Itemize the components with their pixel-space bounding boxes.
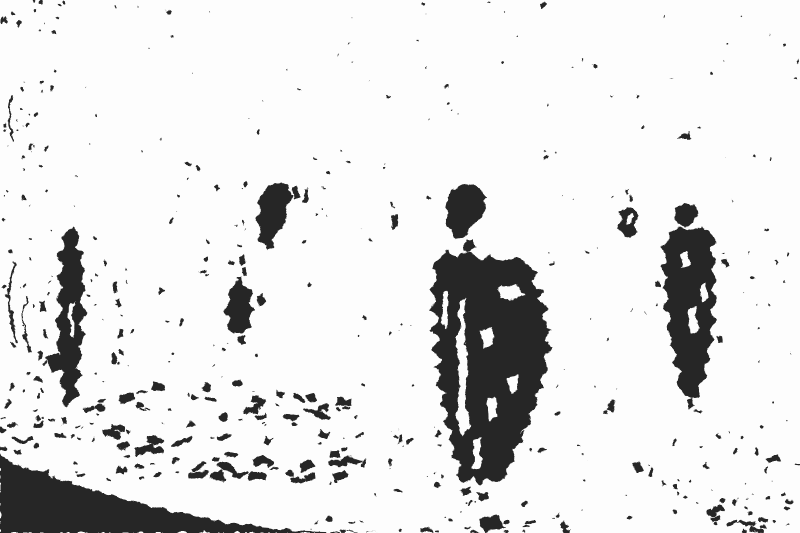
speckle-bottom-right-corner: [748, 511, 753, 516]
ink-dot-6: [328, 169, 332, 174]
speckle-rubble-center: [151, 463, 156, 465]
speckle-bottom-strip-extension: [481, 523, 485, 525]
ink-dot-3: [166, 10, 170, 13]
speckle-right-mid-field: [607, 338, 609, 341]
speckle-bottom-right-field: [771, 402, 773, 405]
ink-dot-1: [710, 71, 714, 75]
speckle-rubble-center: [251, 405, 259, 410]
ink-dot-7: [203, 255, 207, 261]
speckle-left-mid-edge: [30, 239, 33, 240]
speckle-figure-1-halo: [131, 329, 134, 332]
speckle-bottom-center-field: [581, 511, 583, 512]
speckle-rubble-center: [167, 408, 171, 412]
speckle-left-mid-edge: [43, 304, 44, 306]
speckle-left-mid-edge: [27, 370, 31, 374]
speckle-mid-left-field: [239, 243, 243, 246]
speckle-rubble-center: [303, 474, 316, 482]
speckle-top-band: [149, 46, 151, 48]
ink-dot-5: [783, 43, 786, 46]
speckle-bottom-right-field: [649, 468, 653, 475]
speckle-rubble-center: [329, 460, 347, 466]
speckle-top-left-edge: [3, 123, 6, 127]
speckle-rubble-left: [34, 443, 40, 447]
ink-dot-9: [555, 411, 559, 415]
speckle-figure-1-halo: [120, 349, 124, 355]
speckle-bottom-strip-extension: [420, 528, 434, 532]
speckle-bottom-strip-extension: [309, 528, 311, 529]
speckle-rubble-center: [335, 398, 351, 407]
speckle-rubble-left: [54, 433, 65, 438]
speckle-bottom-right-corner: [707, 509, 716, 516]
figure-3-white-patch-3: [508, 374, 519, 396]
speckle-rubble-center: [214, 456, 219, 460]
speckle-rubble-center: [330, 450, 338, 457]
ink-dot-4: [61, 1, 64, 4]
speckle-left-mid-edge: [28, 257, 31, 260]
ink-dot-8: [93, 236, 97, 240]
speckle-rubble-center: [249, 473, 266, 480]
speckle-rubble-center: [275, 404, 280, 406]
speckle-bottom-center-field: [390, 460, 393, 466]
speckle-mid-left-field: [180, 319, 183, 325]
speckle-fine-dust-overall: [362, 228, 363, 229]
speckle-bottom-right-field: [696, 411, 702, 414]
ink-mark-7: [239, 254, 245, 265]
grunge-svg: [0, 0, 800, 533]
ink-mark-28: [540, 2, 546, 8]
speckle-bottom-center-field: [499, 462, 504, 467]
ink-dot-0: [593, 64, 598, 69]
speckle-rubble-center: [277, 389, 285, 397]
figure-3-leg-gap: [473, 438, 481, 470]
ink-dot-2: [422, 3, 426, 6]
speckle-figure-1-halo: [118, 363, 121, 365]
grunge-texture-image: [0, 0, 800, 533]
speckle-rubble-center: [172, 458, 180, 462]
